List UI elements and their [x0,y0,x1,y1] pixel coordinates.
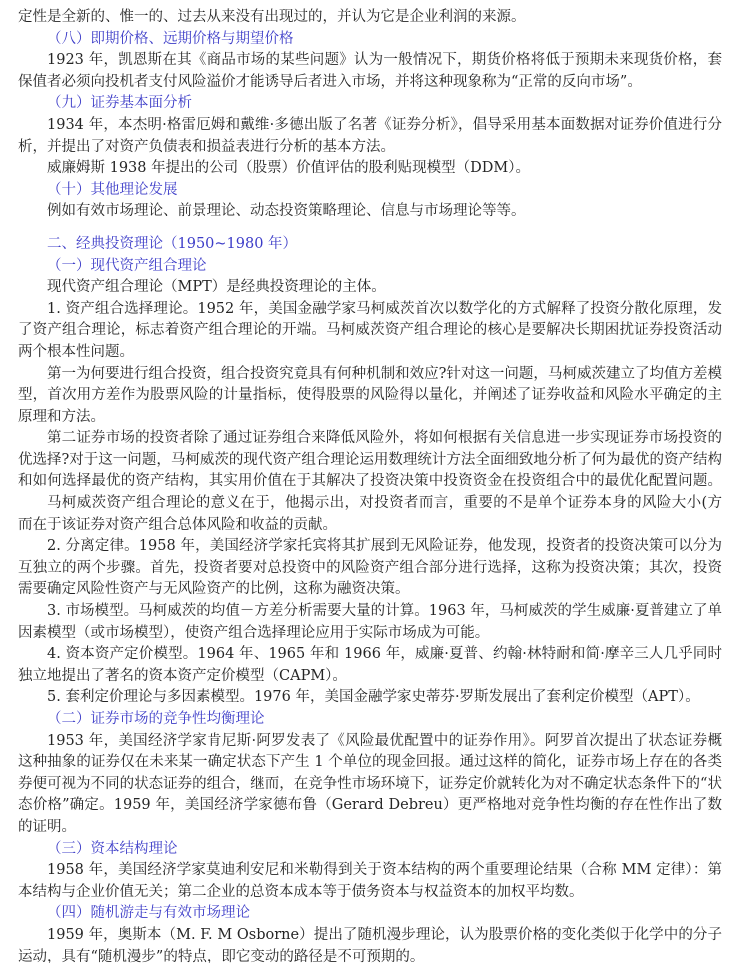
text-line: 2. 分离定律。1958 年，美国经济学家托宾将其扩展到无风险证券，他发现，投资… [18,536,722,558]
section-heading: （八）即期价格、远期价格与期望价格 [18,29,722,51]
text-line: 独立地提出了著名的资本资产定价模型（CAPM）。 [18,666,722,688]
text-line: 运动，具有“随机漫步”的特点，即它变动的路径是不可预期的。 [18,947,722,963]
text-line: 马柯威茨资产组合理论的意义在于，他揭示出，对投资者而言，重要的不是单个证券本身的… [18,493,722,515]
text-line: 第二证券市场的投资者除了通过证券组合来降低风险外，将如何根据有关信息进一步实现证… [18,428,722,450]
text-line: 券便可视为不同的状态证券的组合，继而，在竞争性市场环境下，证券定价就转化为对不确… [18,774,722,796]
text-line: 了资产组合理论，标志着资产组合理论的开端。马柯威茨资产组合理论的核心是要解决长期… [18,320,722,342]
section-heading: （四）随机游走与有效市场理论 [18,903,722,925]
text-line: 第一为何要进行组合投资，组合投资究竟具有何种机制和效应?针对这一问题，马柯威茨建… [18,364,722,386]
text-line: 4. 资本资产定价模型。1964 年、1965 年和 1966 年，威廉·夏普、… [18,644,722,666]
text-line: 互独立的两个步骤。首先，投资者要对总投资中的风险资产组合部分进行选择，这称为投资… [18,558,722,580]
text-line: 1934 年，本杰明·格雷厄姆和戴维·多德出版了名著《证券分析》，倡导采用基本面… [18,115,722,137]
text-line: 1. 资产组合选择理论。1952 年，美国金融学家马柯威茨首次以数学化的方式解释… [18,299,722,321]
text-line: 5. 套利定价理论与多因素模型。1976 年，美国金融学家史蒂芬·罗斯发展出了套… [18,687,722,709]
text-line: 态价格”确定。1959 年，美国经济学家德布鲁（Gerard Debreu）更严… [18,795,722,817]
text-line: 这种抽象的证券仅在未来某一确定状态下产生 1 个单位的现金回报。通过这样的简化，… [18,752,722,774]
text-line: 例如有效市场理论、前景理论、动态投资策略理论、信息与市场理论等等。 [18,201,722,223]
blank-line [18,223,722,234]
text-line: 型，首次用方差作为股票风险的计量指标，使得股票的风险得以量化，并阐述了证券收益和… [18,385,722,407]
section-heading: （九）证券基本面分析 [18,93,722,115]
text-line: 威廉姆斯 1938 年提出的公司（股票）价值评估的股利贴现模型（DDM）。 [18,158,722,180]
text-line: 现代资产组合理论（MPT）是经典投资理论的主体。 [18,277,722,299]
text-line: 1923 年，凯恩斯在其《商品市场的某些问题》认为一般情况下，期货价格将低于预期… [18,50,722,72]
text-line: 1958 年，美国经济学家莫迪利安尼和米勒得到关于资本结构的两个重要理论结果（合… [18,860,722,882]
text-line: 原理和方法。 [18,407,722,429]
document-body: 定性是全新的、惟一的、过去从来没有出现过的，并认为它是企业利润的来源。（八）即期… [18,7,722,963]
text-line: 而在于该证券对资产组合总体风险和收益的贡献。 [18,515,722,537]
text-line: 1959 年，奥斯本（M. F. M Osborne）提出了随机漫步理论，认为股… [18,925,722,947]
text-line: 3. 市场模型。马柯威茨的均值－方差分析需要大量的计算。1963 年，马柯威茨的… [18,601,722,623]
document-page: 定性是全新的、惟一的、过去从来没有出现过的，并认为它是企业利润的来源。（八）即期… [0,0,740,963]
text-line: 两个根本性问题。 [18,342,722,364]
text-line: 定性是全新的、惟一的、过去从来没有出现过的，并认为它是企业利润的来源。 [18,7,722,29]
section-heading: （三）资本结构理论 [18,839,722,861]
section-heading: （二）证券市场的竞争性均衡理论 [18,709,722,731]
section-heading: （一）现代资产组合理论 [18,256,722,278]
text-line: 需要确定风险性资产与无风险资产的比例，这称为融资决策。 [18,579,722,601]
section-heading: 二、经典投资理论（1950~1980 年） [18,234,722,256]
text-line: 的证明。 [18,817,722,839]
text-line: 1953 年，美国经济学家肯尼斯·阿罗发表了《风险最优配置中的证券作用》。阿罗首… [18,731,722,753]
text-line: 优选择?对于这一问题，马柯威茨的现代资产组合理论运用数理统计方法全面细致地分析了… [18,450,722,472]
section-heading: （十）其他理论发展 [18,180,722,202]
text-line: 因素模型（或市场模型），使资产组合选择理论应用于实际市场成为可能。 [18,623,722,645]
text-line: 和如何选择最优的资产结构，其实用价值在于其解决了投资决策中投资资金在投资组合中的… [18,471,722,493]
text-line: 析，并提出了对资产负债表和损益表进行分析的基本方法。 [18,137,722,159]
text-line: 保值者必须向投机者支付风险溢价才能诱导后者进入市场，并将这种现象称为“正常的反向… [18,72,722,94]
text-line: 本结构与企业价值无关；第二企业的总资本成本等于债务资本与权益资本的加权平均数。 [18,882,722,904]
